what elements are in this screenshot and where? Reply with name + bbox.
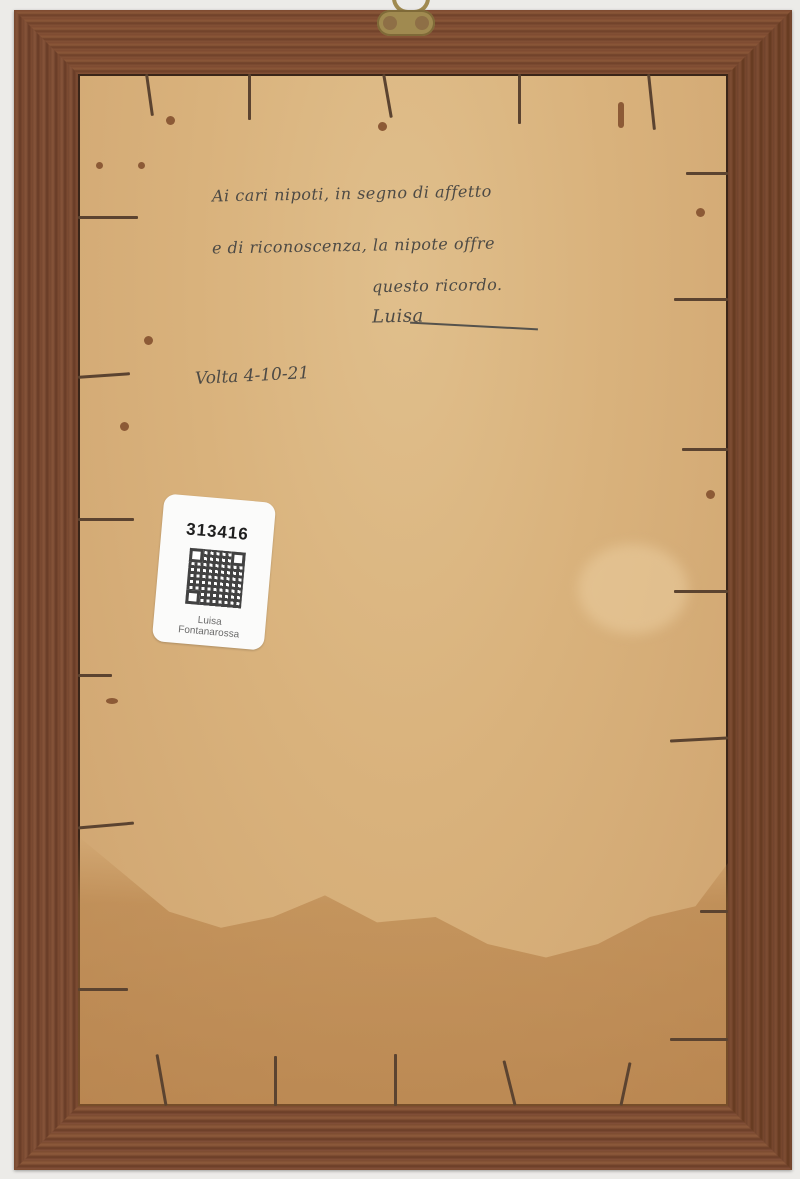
frame-rail-right — [728, 10, 792, 1170]
frame-rail-bottom — [14, 1106, 792, 1170]
rust-spot — [706, 490, 715, 499]
nail — [248, 74, 251, 120]
rust-spot — [696, 208, 705, 217]
nail — [670, 1038, 728, 1041]
nail — [78, 822, 134, 830]
lot-number: 313416 — [161, 517, 274, 547]
brass-hanger-icon — [377, 10, 435, 36]
rust-spot — [144, 336, 153, 345]
nail — [674, 590, 728, 593]
label-owner-name: Luisa Fontanarossa — [152, 611, 265, 643]
rust-spot — [166, 116, 175, 125]
nail — [647, 74, 656, 130]
nail — [670, 736, 728, 742]
frame-back-photo: Ai cari nipoti, in segno di affetto e di… — [0, 0, 800, 1179]
nail — [78, 216, 138, 219]
screw-icon — [383, 16, 397, 30]
nail — [682, 448, 728, 451]
water-stain — [578, 544, 688, 634]
qr-finder — [231, 551, 246, 566]
inventory-label: 313416 Luisa Fontanarossa — [152, 493, 276, 650]
screw-icon — [415, 16, 429, 30]
rust-spot — [138, 162, 145, 169]
qr-finder — [185, 590, 200, 605]
nail — [518, 74, 521, 124]
nail — [700, 910, 728, 913]
nail — [78, 988, 128, 991]
nail — [78, 372, 130, 379]
nail — [394, 1054, 397, 1106]
rust-spot — [96, 162, 103, 169]
nail — [78, 518, 134, 521]
qr-code-icon — [185, 548, 246, 609]
nail — [382, 74, 393, 118]
dedication-line-3: questo ricordo. — [372, 277, 503, 295]
nail — [274, 1056, 277, 1106]
qr-finder — [189, 548, 204, 563]
rust-streak — [618, 102, 624, 128]
rust-spot — [378, 122, 387, 131]
nail — [78, 674, 112, 677]
frame-rail-left — [14, 10, 78, 1170]
nail — [686, 172, 728, 175]
nail — [674, 298, 728, 301]
rust-spot — [120, 422, 129, 431]
rust-spot — [106, 698, 118, 704]
nail — [145, 74, 154, 116]
